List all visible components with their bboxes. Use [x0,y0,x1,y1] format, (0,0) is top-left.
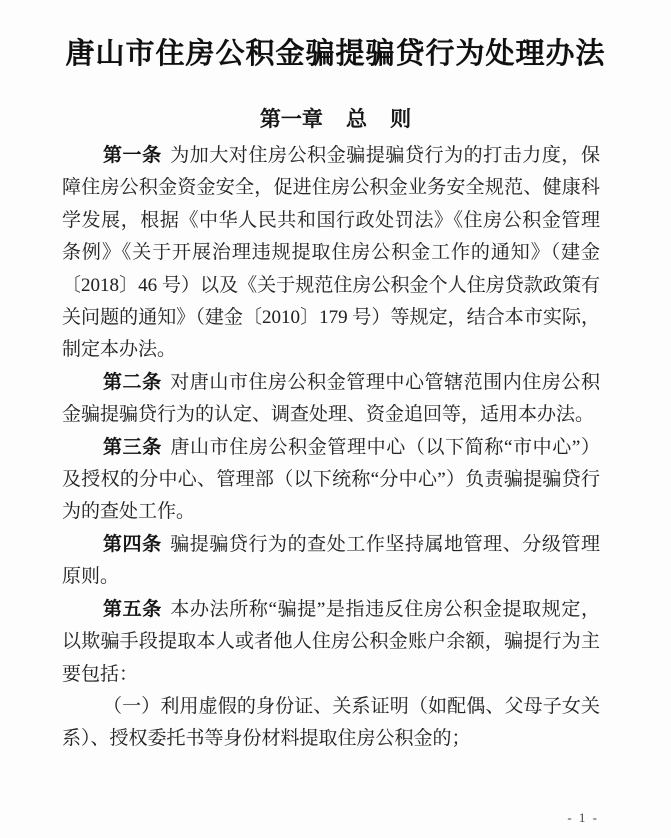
article-label: 第一条 [103,145,162,166]
chapter-heading: 第一章 总 则 [0,106,671,132]
article-paragraph: 第二条对唐山市住房公积金管理中心管辖范围内住房公积金骗提骗贷行为的认定、调查处理… [62,367,600,432]
article-paragraph: 第一条为加大对住房公积金骗提骗贷行为的打击力度，保障住房公积金资金安全，促进住房… [62,140,600,367]
article-label: 第四条 [103,534,162,555]
article-label: 第五条 [103,599,162,620]
document-page: 唐山市住房公积金骗提骗贷行为处理办法 第一章 总 则 第一条为加大对住房公积金骗… [0,0,671,838]
document-body: 第一条为加大对住房公积金骗提骗贷行为的打击力度，保障住房公积金资金安全，促进住房… [62,140,600,756]
list-item-paragraph: （一）利用虚假的身份证、关系证明（如配偶、父母子女关系）、授权委托书等身份材料提… [62,691,600,756]
article-label: 第三条 [103,437,162,458]
article-paragraph: 第四条骗提骗贷行为的查处工作坚持属地管理、分级管理原则。 [62,529,600,594]
article-text: 为加大对住房公积金骗提骗贷行为的打击力度，保障住房公积金资金安全，促进住房公积金… [62,145,600,360]
document-title: 唐山市住房公积金骗提骗贷行为处理办法 [0,0,671,72]
article-paragraph: 第三条唐山市住房公积金管理中心（以下简称“市中心”）及授权的分中心、管理部（以下… [62,432,600,529]
article-text: （一）利用虚假的身份证、关系证明（如配偶、父母子女关系）、授权委托书等身份材料提… [62,696,600,749]
article-label: 第二条 [103,372,162,393]
page-number: - 1 - [567,810,599,826]
article-paragraph: 第五条本办法所称“骗提”是指违反住房公积金提取规定，以欺骗手段提取本人或者他人住… [62,594,600,691]
